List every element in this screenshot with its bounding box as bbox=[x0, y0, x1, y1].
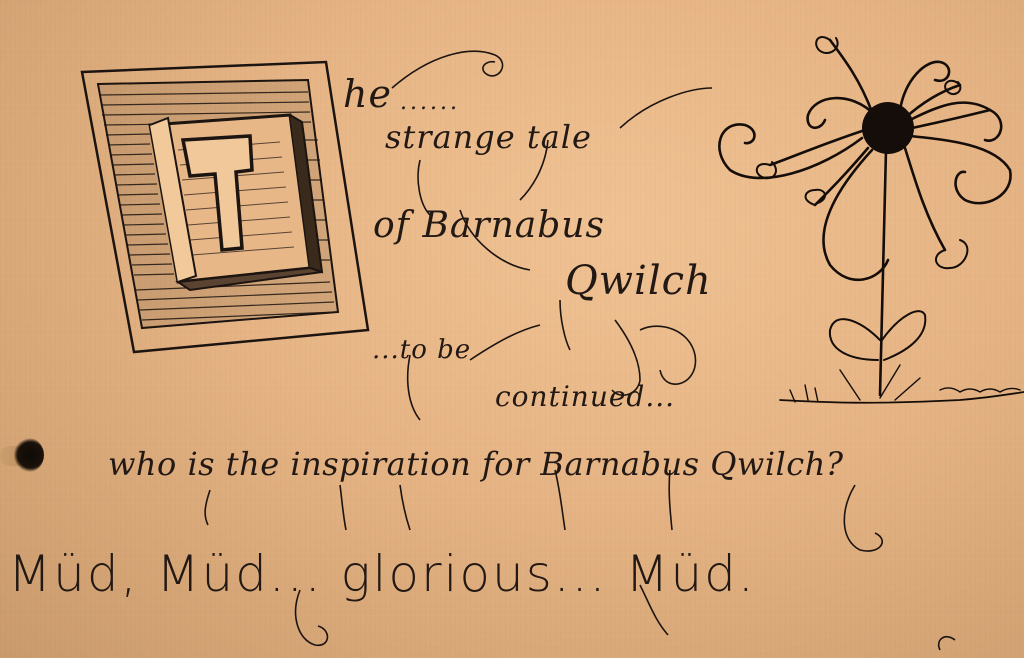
title-line-of-barnabus: of Barnabus bbox=[373, 205, 605, 246]
mud-glorious-mud-line: Müd, Müd... glorious... Müd. bbox=[8, 545, 756, 603]
binding-hole-icon bbox=[14, 438, 44, 472]
drop-cap-frame-icon bbox=[82, 62, 368, 352]
flower-drawing-icon bbox=[719, 37, 1024, 403]
continuation-to-be: ...to be bbox=[372, 335, 471, 365]
paper-page: he ...... strange tale of Barnabus Qwilc… bbox=[0, 0, 1024, 658]
inspiration-question: who is the inspiration for Barnabus Qwil… bbox=[108, 445, 843, 483]
title-line-strange-tale: strange tale bbox=[385, 118, 592, 156]
title-line-he: he bbox=[343, 72, 392, 116]
continuation-continued: continued... bbox=[495, 380, 675, 413]
title-ellipsis: ...... bbox=[400, 90, 460, 115]
title-line-qwilch: Qwilch bbox=[565, 258, 712, 304]
